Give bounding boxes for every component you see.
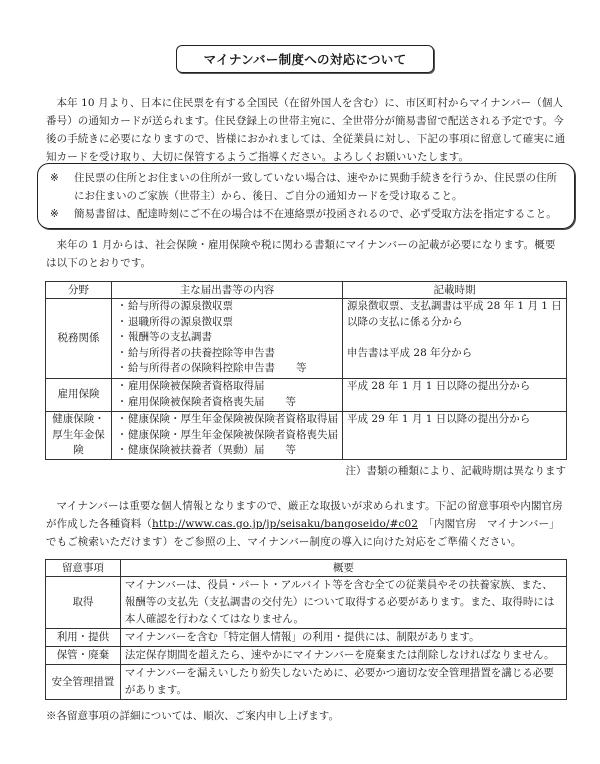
timing-cell: 平成 29 年 1 月 1 日以降の提出分から bbox=[343, 412, 567, 460]
documents-cell: ・健康保険・厚生年金保険被保険者資格取得届 ・健康保険・厚生年金保険被保険者資格… bbox=[112, 412, 343, 460]
field-cell: 雇用保険 bbox=[46, 379, 112, 412]
documents-cell: ・雇用保険被保険者資格取得届 ・雇用保険被保険者資格喪失届 等 bbox=[112, 379, 343, 412]
field-cell: 税務関係 bbox=[46, 299, 112, 379]
table-row-storage: 保管・廃棄 法定保存期間を超えたら、速やかにマイナンバーを廃棄または削除しなけれ… bbox=[46, 647, 567, 665]
summary-cell: マイナンバーを漏えいしたり紛失しないために、必要かつ適切な安全管理措置を講じる必… bbox=[120, 665, 566, 700]
table-row-health-pension: 健康保険・ 厚生年金保険 ・健康保険・厚生年金保険被保険者資格取得届 ・健康保険… bbox=[46, 412, 567, 460]
table-row-tax: 税務関係 ・給与所得の源泉徴収票 ・退職所得の源泉徴収票 ・報酬等の支払調書 ・… bbox=[46, 299, 567, 379]
reference-mark-icon: ※ bbox=[50, 169, 74, 187]
item-cell: 安全管理措置 bbox=[46, 665, 121, 700]
notice-item-1-line-1: ※住民票の住所とお住まいの住所が一致していない場合は、速やかに異動手続きを行うか… bbox=[50, 169, 557, 187]
column-header-field: 分野 bbox=[46, 282, 112, 299]
timing-cell: 源泉徴収票、支払調書は平成 28 年 1 月 1 日以降の支払に係る分から 申告… bbox=[343, 299, 567, 379]
table-row-acquisition: 取得 マイナンバーは、役員・パート・アルバイト等を含む全ての従業員やその扶養家族… bbox=[46, 577, 567, 629]
title-text: マイナンバー制度への対応について bbox=[204, 50, 407, 68]
points-table: 留意事項 概要 取得 マイナンバーは、役員・パート・アルバイト等を含む全ての従業… bbox=[45, 559, 567, 700]
notice-item-1-line-2: にお住まいのご家族（世帯主）から、後日、ご自分の通知カードを受け取ること。 bbox=[50, 187, 463, 205]
table-header-row: 留意事項 概要 bbox=[46, 560, 567, 577]
table-footnote: 注）書類の種類により、記載時期は異なります bbox=[346, 463, 567, 478]
table-row-security: 安全管理措置 マイナンバーを漏えいしたり紛失しないために、必要かつ適切な安全管理… bbox=[46, 665, 567, 700]
item-cell: 保管・廃棄 bbox=[46, 647, 121, 665]
summary-cell: 法定保存期間を超えたら、速やかにマイナンバーを廃棄または削除しなければなりません… bbox=[120, 647, 566, 665]
document-title: マイナンバー制度への対応について bbox=[176, 45, 434, 73]
table-row-use: 利用・提供 マイナンバーを含む「特定個人情報」の利用・提供には、制限があります。 bbox=[46, 629, 567, 647]
cabinet-office-link[interactable]: http://www.cas.go.jp/jp/seisaku/bangosei… bbox=[152, 518, 418, 530]
intro-paragraph: 本年 10 月より、日本に住民票を有する全国民（在留外国人を含む）に、市区町村か… bbox=[46, 94, 566, 166]
column-header-timing: 記載時期 bbox=[343, 282, 567, 299]
notice-box: ※住民票の住所とお住まいの住所が一致していない場合は、速やかに異動手続きを行うか… bbox=[37, 163, 575, 229]
handling-paragraph: マイナンバーは重要な個人情報となりますので、厳正な取扱いが求められます。下記の留… bbox=[46, 497, 568, 551]
table-header-row: 分野 主な届出書等の内容 記載時期 bbox=[46, 282, 567, 299]
summary-cell: マイナンバーを含む「特定個人情報」の利用・提供には、制限があります。 bbox=[120, 629, 566, 647]
schedule-table: 分野 主な届出書等の内容 記載時期 税務関係 ・給与所得の源泉徴収票 ・退職所得… bbox=[45, 281, 567, 460]
documents-cell: ・給与所得の源泉徴収票 ・退職所得の源泉徴収票 ・報酬等の支払調書 ・給与所得者… bbox=[112, 299, 343, 379]
column-header-item: 留意事項 bbox=[46, 560, 121, 577]
column-header-summary: 概要 bbox=[120, 560, 566, 577]
schedule-paragraph: 来年の 1 月からは、社会保険・雇用保険や税に関わる書類にマイナンバーの記載が必… bbox=[46, 236, 566, 272]
reference-mark-icon: ※ bbox=[50, 205, 74, 223]
item-cell: 利用・提供 bbox=[46, 629, 121, 647]
item-cell: 取得 bbox=[46, 577, 121, 629]
notice-item-2: ※簡易書留は、配達時刻にご不在の場合は不在連絡票が投函されるので、必ず受取方法を… bbox=[50, 205, 557, 223]
table-row-employment-insurance: 雇用保険 ・雇用保険被保険者資格取得届 ・雇用保険被保険者資格喪失届 等 平成 … bbox=[46, 379, 567, 412]
timing-cell: 平成 28 年 1 月 1 日以降の提出分から bbox=[343, 379, 567, 412]
column-header-documents: 主な届出書等の内容 bbox=[112, 282, 343, 299]
summary-cell: マイナンバーは、役員・パート・アルバイト等を含む全ての従業員やその扶養家族、また… bbox=[120, 577, 566, 629]
field-cell: 健康保険・ 厚生年金保険 bbox=[46, 412, 112, 460]
footer-note: ※各留意事項の詳細については、順次、ご案内申し上げます。 bbox=[46, 708, 339, 723]
